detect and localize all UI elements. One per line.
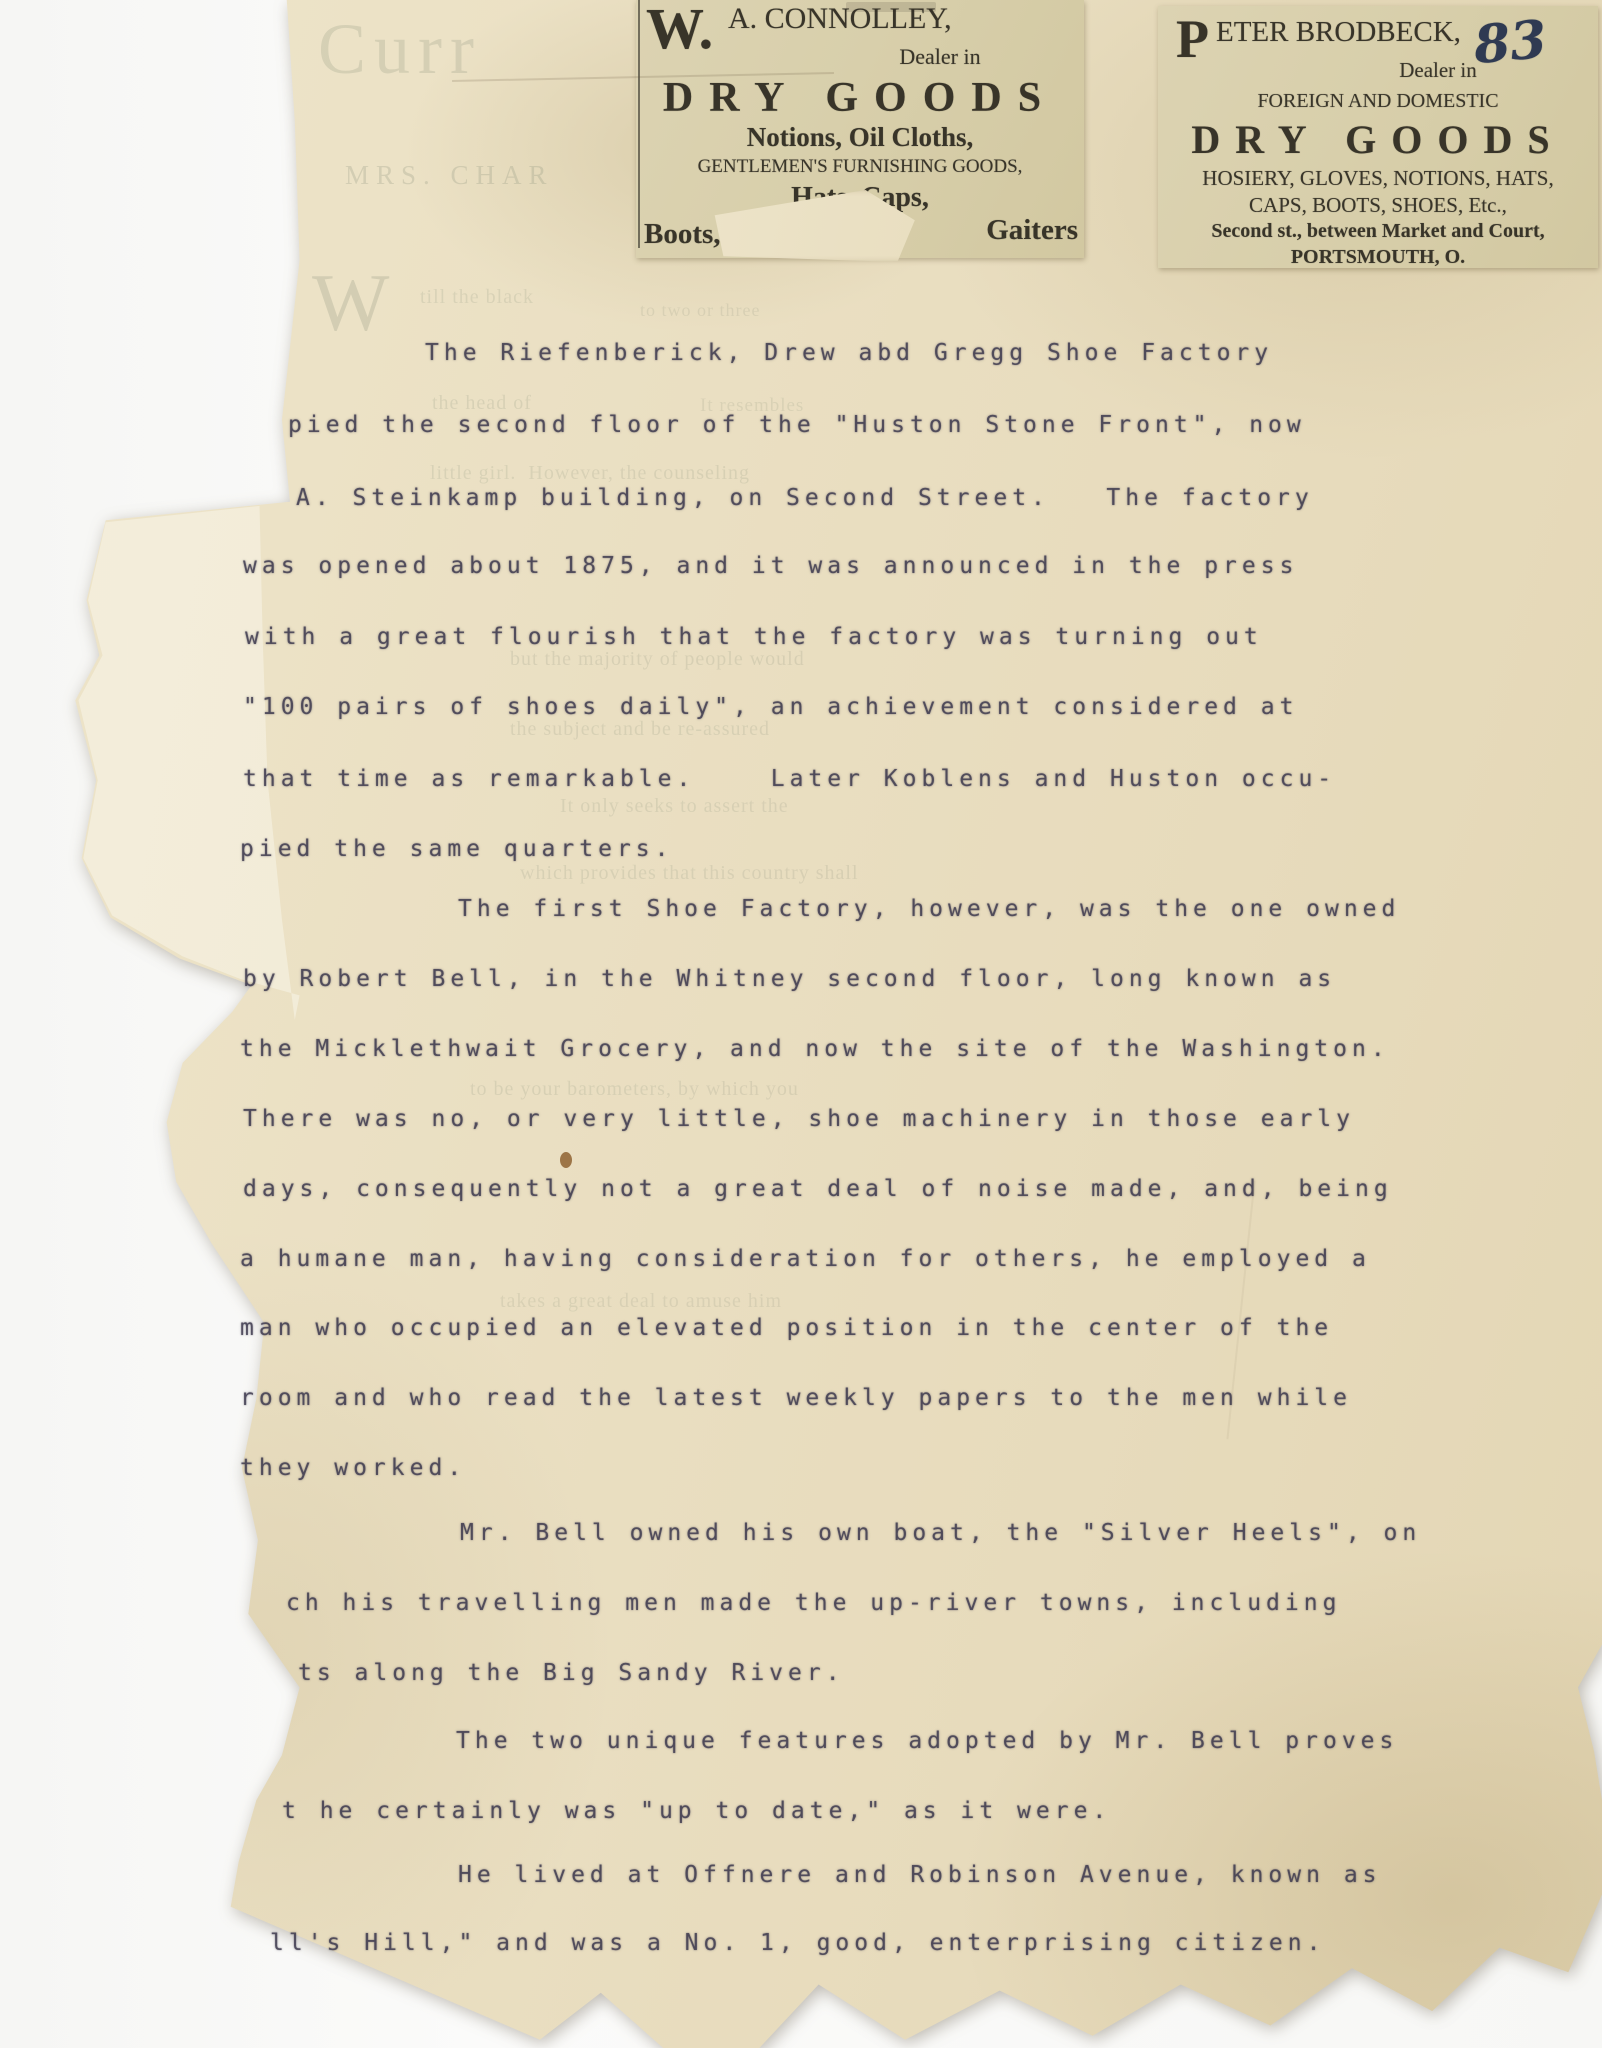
- typed-line: pied the same quarters.: [240, 836, 674, 862]
- typed-line: was opened about 1875, and it was announ…: [243, 553, 1298, 579]
- typed-line: ll's Hill," and was a No. 1, good, enter…: [270, 1930, 1325, 1956]
- typed-line: A. Steinkamp building, on Second Street.…: [296, 485, 1314, 511]
- typed-line: by Robert Bell, in the Whitney second fl…: [243, 966, 1336, 992]
- typed-line: a humane man, having consideration for o…: [240, 1246, 1371, 1272]
- typed-line: There was no, or very little, shoe machi…: [243, 1106, 1355, 1132]
- typed-line: the Micklethwait Grocery, and now the si…: [240, 1036, 1390, 1062]
- typed-line: t he certainly was "up to date," as it w…: [282, 1798, 1111, 1824]
- typed-line: The first Shoe Factory, however, was the…: [458, 896, 1400, 922]
- typed-line: The Riefenberick, Drew abd Gregg Shoe Fa…: [425, 340, 1273, 366]
- typed-line: that time as remarkable. Later Koblens a…: [243, 766, 1336, 792]
- typewritten-text-layer: The Riefenberick, Drew abd Gregg Shoe Fa…: [0, 0, 1602, 2048]
- typed-line: with a great flourish that the factory w…: [245, 624, 1263, 650]
- typed-line: Mr. Bell owned his own boat, the "Silver…: [460, 1520, 1421, 1546]
- typed-line: "100 pairs of shoes daily", an achieveme…: [243, 694, 1298, 720]
- typed-line: pied the second floor of the "Huston Sto…: [288, 412, 1306, 438]
- typed-line: ts along the Big Sandy River.: [298, 1660, 845, 1686]
- typed-line: days, consequently not a great deal of n…: [243, 1176, 1393, 1202]
- typed-line: room and who read the latest weekly pape…: [240, 1385, 1352, 1411]
- typed-line: man who occupied an elevated position in…: [240, 1315, 1333, 1341]
- stain-speck: [560, 1152, 572, 1168]
- typed-line: He lived at Offnere and Robinson Avenue,…: [458, 1862, 1382, 1888]
- typed-line: The two unique features adopted by Mr. B…: [456, 1728, 1398, 1754]
- typed-line: ch his travelling men made the up-river …: [286, 1590, 1341, 1616]
- typed-line: they worked.: [240, 1455, 466, 1481]
